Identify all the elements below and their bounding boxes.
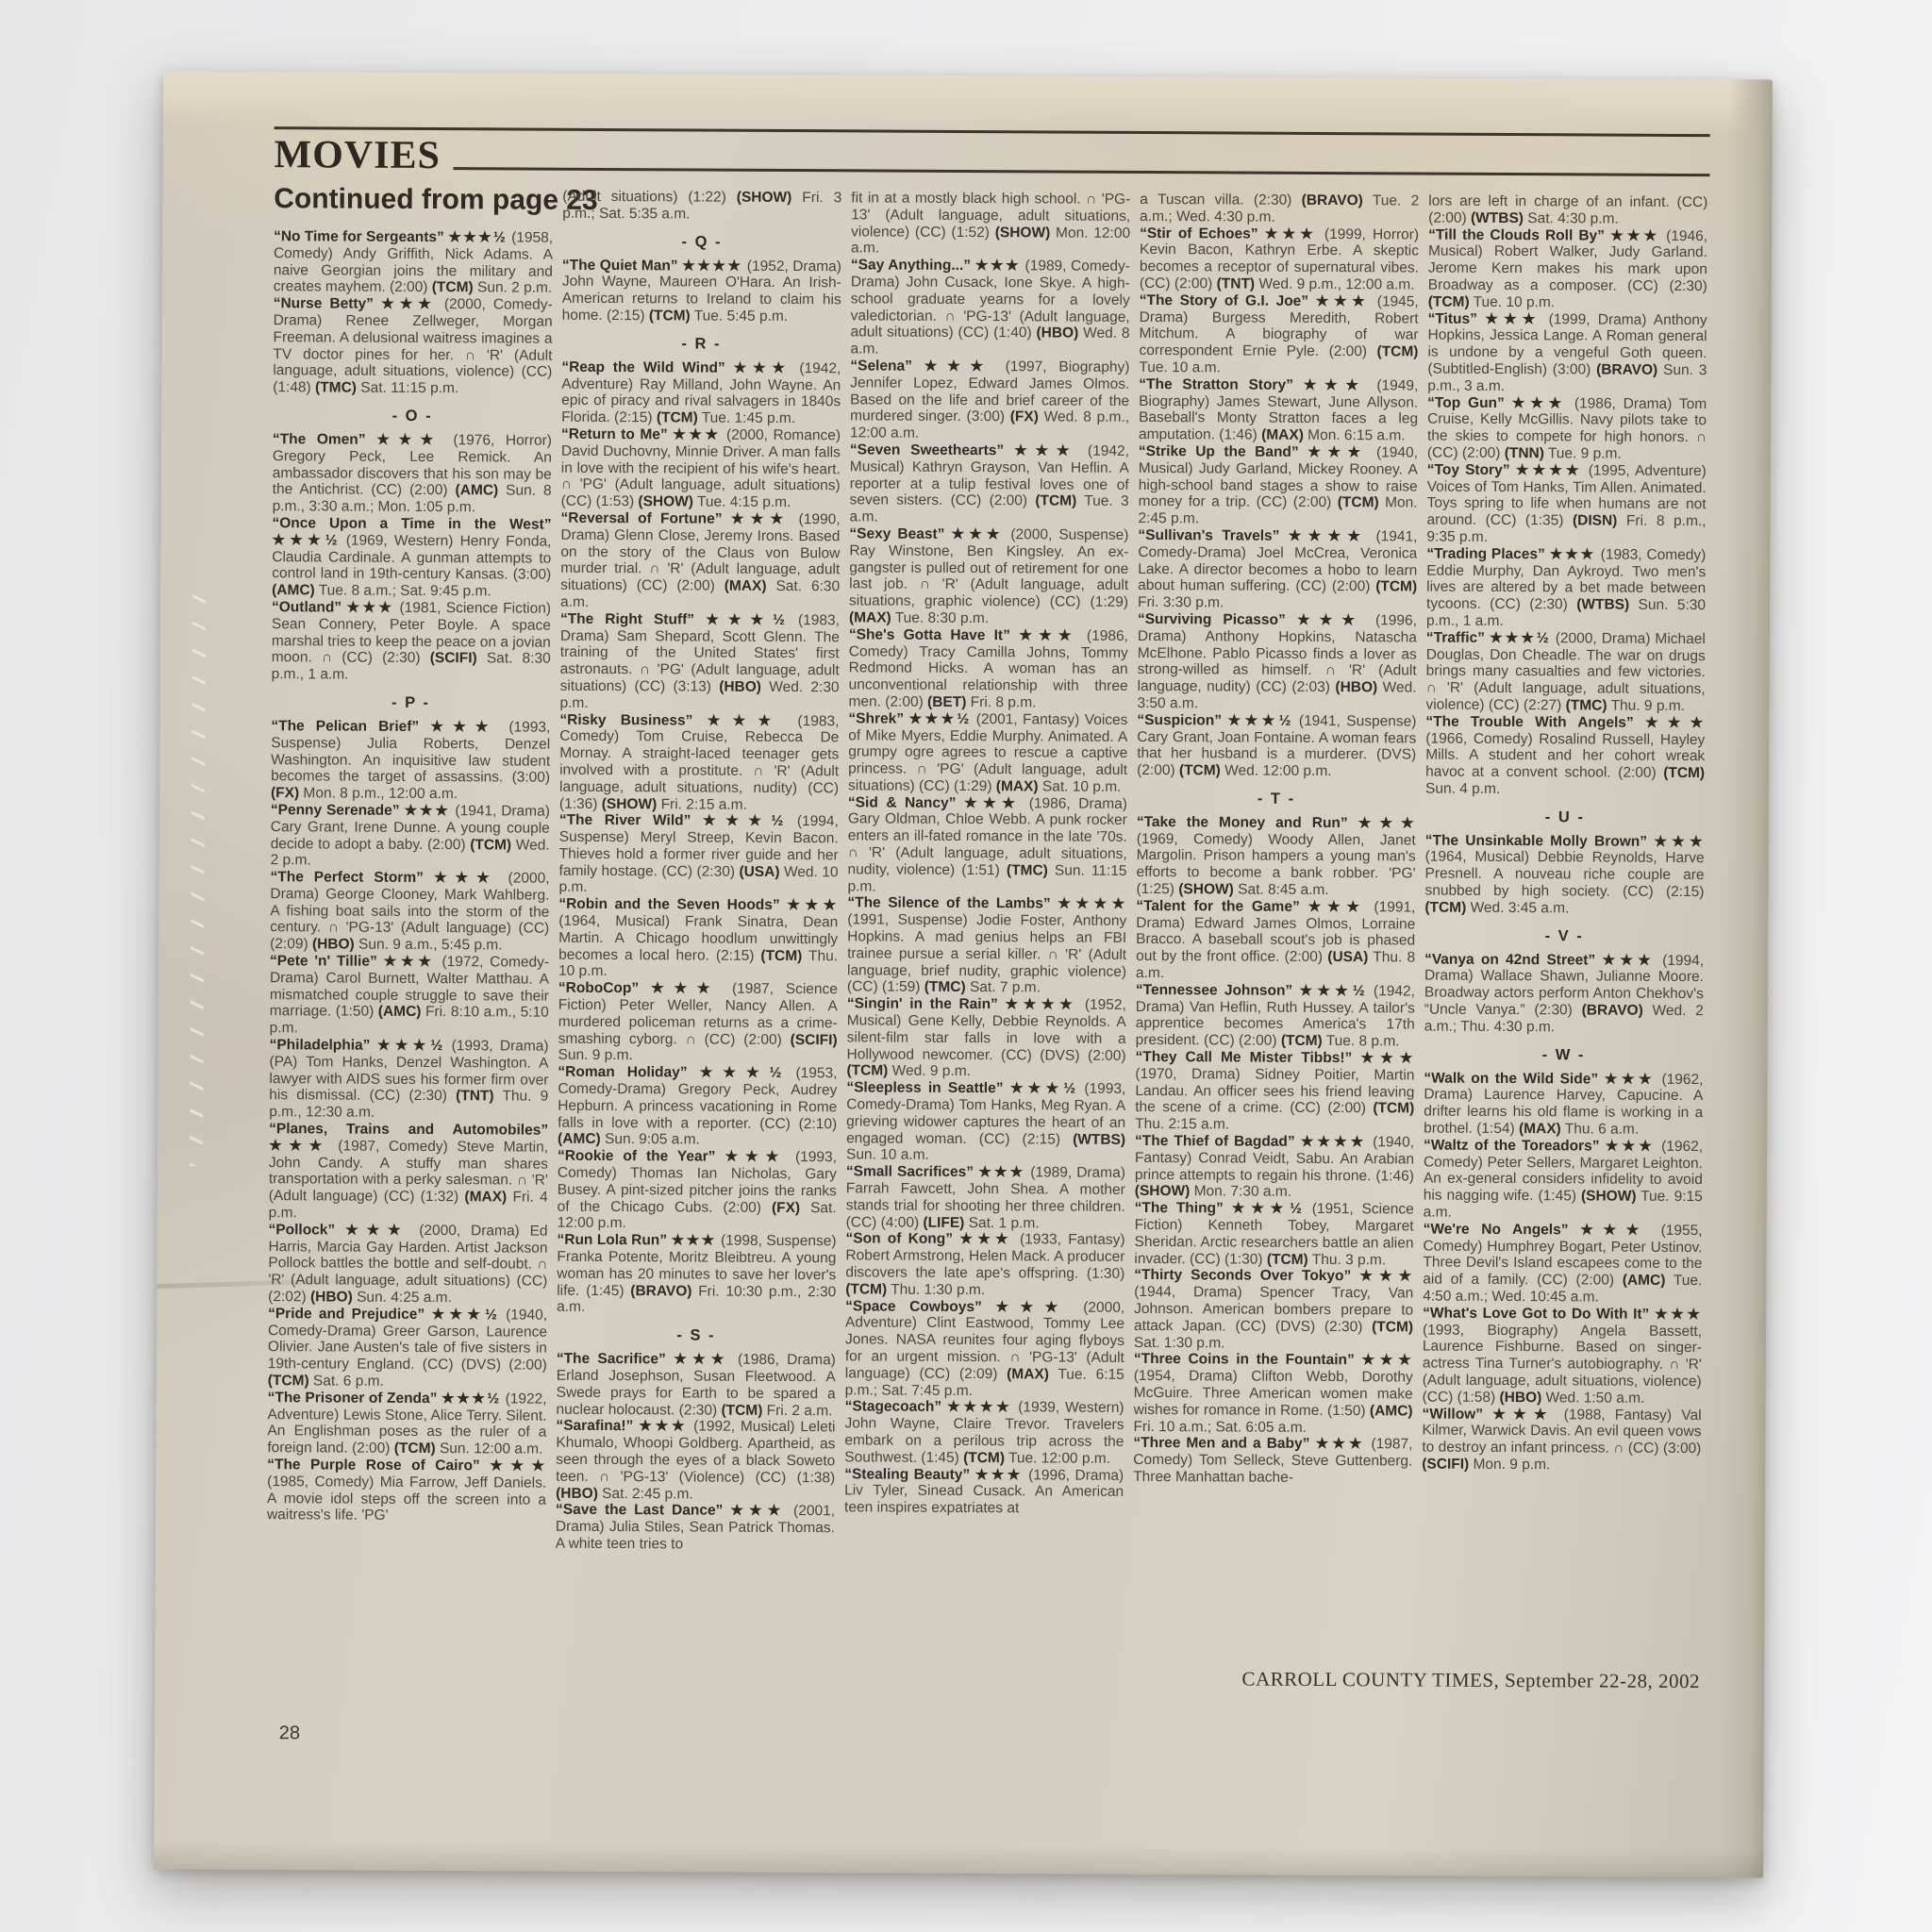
listing: “She's Gotta Have It” ★★★ (1986, Comedy)… — [848, 626, 1127, 712]
star-rating: ★★★½ — [703, 813, 785, 829]
star-rating: ★★★ — [1580, 1222, 1649, 1238]
listing: “They Call Me Mister Tibbs!” ★★★ (1970, … — [1135, 1049, 1414, 1135]
listing: “Sarafina!” ★★★ (1992, Musical) Leleti K… — [556, 1418, 835, 1504]
movie-title: “Surviving Picasso” — [1138, 611, 1286, 628]
movie-title: “The Story of G.I. Joe” — [1140, 292, 1308, 309]
movie-title: “What's Love Got to Do With It” — [1423, 1305, 1649, 1322]
movie-title: “Selena” — [850, 358, 912, 374]
star-rating: ★★★ — [345, 1222, 408, 1238]
listing: “Tennessee Johnson” ★★★½ (1942, Drama) V… — [1136, 982, 1415, 1051]
listing: “Trading Places” ★★★ (1983, Comedy) Eddi… — [1426, 545, 1706, 631]
movie-title: “Seven Sweethearts” — [850, 441, 1004, 458]
star-rating: ★★★ — [1602, 952, 1656, 968]
star-rating: ★★★ — [1359, 1269, 1413, 1285]
movie-title: “Suspicion” — [1137, 712, 1222, 728]
star-rating: ★★★½ — [706, 611, 787, 627]
listing-text: (Adult situations) (1:22) (SHOW) Fri. 3 … — [562, 189, 841, 223]
star-rating: ★★★ — [671, 1233, 716, 1249]
newspaper-page: MOVIES Continued from page 23 “No Time f… — [154, 72, 1773, 1878]
movie-title: “Sid & Nancy” — [848, 794, 956, 811]
movie-title: “Waltz of the Toreadors” — [1424, 1137, 1600, 1154]
listing: “The Thing” ★★★½ (1951, Science Fiction)… — [1134, 1200, 1413, 1269]
listing-text: (1983, Drama) Sam Shepard, Scott Glenn. … — [559, 612, 840, 711]
section-divider: - S - — [557, 1326, 836, 1346]
movie-title: “The Prisoner of Zenda” — [268, 1390, 438, 1407]
listing: “Save the Last Dance” ★★★ (2001, Drama) … — [556, 1502, 835, 1554]
star-rating: ★★★ — [381, 296, 437, 312]
movie-title: “The Purple Rose of Cairo” — [267, 1457, 480, 1474]
movie-title: “Three Men and a Baby” — [1133, 1435, 1309, 1452]
star-rating: ★★★ — [1307, 444, 1367, 460]
listing: “Sullivan's Travels” ★★★★ (1941, Comedy-… — [1138, 527, 1417, 613]
star-rating: ★★★ — [1550, 546, 1596, 562]
listing: “The Unsinkable Molly Brown” ★★★ (1964, … — [1424, 832, 1704, 918]
listing: “Philadelphia” ★★★½ (1993, Drama) (PA) T… — [269, 1037, 548, 1123]
listing: “Pollock” ★★★ (2000, Drama) Ed Harris, M… — [268, 1222, 547, 1307]
listing: “Toy Story” ★★★★ (1995, Adventure) Voice… — [1426, 461, 1706, 547]
listing-text: (1991, Suspense) Jodie Foster, Anthony H… — [847, 912, 1126, 996]
movie-title: “Philadelphia” — [270, 1037, 371, 1054]
star-rating: ★★★ — [1485, 310, 1541, 326]
star-rating: ★★★ — [490, 1457, 546, 1474]
listing: “Titus” ★★★ (1999, Drama) Anthony Hopkin… — [1427, 310, 1707, 396]
listing: “The Perfect Storm” ★★★ (2000, Drama) Ge… — [270, 869, 549, 955]
listing-continuation: fit in at a mostly black high school. ∩ … — [851, 190, 1130, 258]
star-rating: ★★★½ — [448, 229, 508, 245]
movie-title: “The Pelican Brief” — [271, 718, 419, 735]
star-rating: ★★★ — [724, 1149, 786, 1165]
binding-stitches — [190, 581, 206, 1166]
star-rating: ★★★★ — [1058, 896, 1126, 912]
photo-background: { "page": { "section_label": "MOVIES", "… — [0, 0, 1932, 1932]
star-rating: ★★★ — [1610, 227, 1660, 243]
movie-title: “Return to Me” — [561, 426, 668, 443]
listing: “Waltz of the Toreadors” ★★★ (1962, Come… — [1424, 1137, 1703, 1223]
star-rating: ★★★ — [951, 526, 1004, 542]
movie-title: “Tennessee Johnson” — [1136, 982, 1292, 999]
star-rating: ★★★ — [639, 1419, 688, 1435]
listing: “RoboCop” ★★★ (1987, Science Fiction) Pe… — [558, 980, 837, 1066]
movie-title: “Sleepless in Seattle” — [846, 1080, 1003, 1097]
movie-title: “Till the Clouds Roll By” — [1428, 226, 1605, 243]
listing: “Selena” ★★★ (1997, Biography) Jennifer … — [850, 358, 1129, 443]
listing: “Robin and the Seven Hoods” ★★★ (1964, M… — [558, 896, 838, 982]
listing: “Traffic” ★★★½ (2000, Drama) Michael Dou… — [1425, 629, 1705, 715]
star-rating: ★★★★ — [1301, 1134, 1368, 1150]
star-rating: ★★★ — [787, 897, 838, 913]
listing: “Pride and Prejudice” ★★★½ (1940, Comedy… — [268, 1306, 547, 1391]
star-rating: ★★★ — [1492, 1407, 1554, 1423]
star-rating: ★★★½ — [431, 1307, 499, 1323]
section-divider: - P - — [271, 693, 550, 713]
movie-title: “Thirty Seconds Over Tokyo” — [1134, 1267, 1351, 1284]
movie-title: “Pete 'n' Tillie” — [270, 953, 377, 970]
movie-title: “Sullivan's Travels” — [1138, 527, 1279, 544]
movie-title: “Traffic” — [1426, 629, 1485, 645]
column-1: “No Time for Sergeants” ★★★½ (1958, Come… — [266, 187, 553, 1717]
column-4: a Tuscan villa. (2:30) (BRAVO) Tue. 2 a.… — [1132, 192, 1419, 1722]
star-rating: ★★★ — [1307, 899, 1365, 915]
listing: “Walk on the Wild Side” ★★★ (1962, Drama… — [1424, 1070, 1703, 1139]
listing: “Stir of Echoes” ★★★ (1999, Horror) Kevi… — [1140, 225, 1419, 294]
movie-title: “Rookie of the Year” — [558, 1148, 716, 1165]
star-rating: ★★★ — [1605, 1071, 1656, 1087]
listing: “The Sacrifice” ★★★ (1986, Drama) Erland… — [557, 1351, 836, 1420]
movie-title: “Shrek” — [848, 710, 904, 726]
listing: “Top Gun” ★★★ (1986, Drama) Tom Cruise, … — [1427, 394, 1707, 463]
star-rating: ★★★ — [1360, 1050, 1414, 1066]
star-rating: ★★★★ — [1289, 528, 1368, 544]
star-rating: ★★★ — [376, 432, 442, 448]
movie-title: “The Silence of the Lambs” — [847, 895, 1050, 912]
movie-title: “Trading Places” — [1426, 545, 1545, 562]
listing: “Once Upon a Time in the West” ★★★½ (196… — [272, 515, 551, 601]
star-rating: ★★★½ — [1232, 1201, 1304, 1217]
movie-title: “Toy Story” — [1427, 461, 1510, 477]
movie-title: “The Omen” — [273, 431, 366, 448]
listing: “Roman Holiday” ★★★½ (1953, Comedy-Drama… — [558, 1064, 837, 1150]
section-divider: - T - — [1137, 790, 1416, 809]
listing: “Penny Serenade” ★★★ (1941, Drama) Cary … — [271, 802, 550, 871]
star-rating: ★★★½ — [441, 1391, 501, 1407]
star-rating: ★★★½ — [908, 710, 971, 726]
star-rating: ★★★ — [964, 795, 1021, 811]
movie-title: “Walk on the Wild Side” — [1424, 1070, 1598, 1087]
star-rating: ★★★ — [673, 426, 721, 442]
star-rating: ★★★ — [1304, 377, 1367, 393]
listing: “The Pelican Brief” ★★★ (1993, Suspense)… — [271, 718, 550, 804]
star-rating: ★★★ — [924, 358, 993, 375]
listing-text: lors are left in charge of an infant. (C… — [1428, 193, 1707, 227]
star-rating: ★★★ — [269, 1138, 329, 1154]
listing: “Talent for the Game” ★★★ (1991, Drama) … — [1136, 898, 1415, 984]
movie-title: “Top Gun” — [1427, 394, 1505, 410]
star-rating: ★★★★ — [947, 1399, 1013, 1415]
star-rating: ★★★ — [384, 954, 436, 970]
movie-title: “Once Upon a Time in the West” — [272, 515, 551, 533]
movie-title: “Pride and Prejudice” — [268, 1306, 425, 1323]
listing: “Return to Me” ★★★ (2000, Romance) David… — [561, 426, 841, 512]
listing: “The Thief of Bagdad” ★★★★ (1940, Fantas… — [1135, 1133, 1414, 1202]
movie-title: “Nurse Betty” — [274, 295, 374, 312]
listing: “Risky Business” ★★★ (1983, Comedy) Tom … — [559, 711, 840, 813]
movie-title: “They Call Me Mister Tibbs!” — [1135, 1049, 1352, 1066]
star-rating: ★★★ — [1316, 293, 1371, 309]
movie-title: “Reversal of Fortune” — [560, 510, 722, 527]
movie-title: “The Stratton Story” — [1139, 376, 1293, 393]
listing-text: (1969, Comedy) Woody Allen, Janet Margol… — [1136, 831, 1415, 898]
movie-title: “The Perfect Storm” — [270, 869, 423, 886]
star-rating: ★★★½ — [377, 1038, 445, 1054]
movie-title: “Roman Holiday” — [558, 1064, 687, 1081]
star-rating: ★★★ — [978, 1164, 1025, 1180]
listing: “Outland” ★★★ (1981, Science Fiction) Se… — [272, 599, 551, 685]
movie-title: “Say Anything...” — [851, 258, 971, 275]
listing: “Willow” ★★★ (1988, Fantasy) Val Kilmer,… — [1422, 1406, 1701, 1474]
movie-title: “Space Cowboys” — [845, 1298, 982, 1315]
star-rating: ★★★ — [1655, 1307, 1702, 1323]
listing: “The River Wild” ★★★½ (1994, Suspense) M… — [558, 812, 838, 898]
movie-title: “Small Sacrifices” — [846, 1164, 974, 1181]
listing: “Sexy Beast” ★★★ (2000, Suspense) Ray Wi… — [849, 525, 1129, 627]
listing: “Seven Sweethearts” ★★★ (1942, Musical) … — [849, 441, 1128, 527]
star-rating: ★★★½ — [272, 532, 339, 548]
movie-title: “Willow” — [1423, 1406, 1484, 1422]
listing: “The Quiet Man” ★★★★ (1952, Drama) John … — [562, 257, 841, 325]
listing: “Son of Kong” ★★★ (1933, Fantasy) Robert… — [845, 1231, 1124, 1300]
movie-title: “Planes, Trains and Automobiles” — [269, 1121, 548, 1139]
movie-title: “The Thief of Bagdad” — [1135, 1133, 1295, 1150]
star-rating: ★★★ — [1315, 1436, 1365, 1452]
star-rating: ★★★ — [731, 511, 791, 527]
movie-title: “The Right Stuff” — [560, 610, 694, 627]
star-rating: ★★★ — [959, 1231, 1013, 1247]
listing: “Say Anything...” ★★★ (1989, Comedy-Dram… — [850, 258, 1130, 359]
star-rating: ★★★½ — [1490, 630, 1551, 646]
listing-continuation: lors are left in charge of an infant. (C… — [1428, 193, 1707, 228]
newspaper-name-date: CARROLL COUNTY TIMES, September 22-28, 2… — [1241, 1668, 1700, 1694]
star-rating: ★★★ — [733, 359, 791, 375]
movie-title: “Vanya on 42nd Street” — [1424, 951, 1595, 968]
movie-title: “Sarafina!” — [556, 1418, 633, 1434]
movie-title: “Risky Business” — [559, 711, 692, 728]
movie-title: “Son of Kong” — [845, 1231, 953, 1248]
star-rating: ★★★ — [730, 1503, 786, 1519]
listing: “The Prisoner of Zenda” ★★★½ (1922, Adve… — [267, 1390, 546, 1458]
listing: “Reap the Wild Wind” ★★★ (1942, Adventur… — [561, 359, 841, 428]
listing-text: (1954, Drama) Clifton Webb, Dorothy McGu… — [1133, 1368, 1412, 1435]
listing: “Small Sacrifices” ★★★ (1989, Drama) Far… — [846, 1164, 1125, 1233]
star-rating: ★★★ — [1297, 612, 1364, 628]
movie-title: “Save the Last Dance” — [556, 1502, 723, 1519]
movie-title: “Pollock” — [269, 1222, 336, 1238]
listing-text: (1985, Comedy) Mia Farrow, Jeff Daniels.… — [267, 1474, 546, 1524]
listing: “Strike Up the Band” ★★★ (1940, Musical)… — [1138, 443, 1417, 529]
column-5: lors are left in charge of an infant. (C… — [1421, 193, 1707, 1724]
star-rating: ★★★ — [1512, 395, 1567, 411]
listing-continuation: a Tuscan villa. (2:30) (BRAVO) Tue. 2 a.… — [1140, 192, 1419, 226]
movie-title: “Talent for the Game” — [1136, 898, 1299, 915]
listing: “Space Cowboys” ★★★ (2000, Adventure) Cl… — [845, 1298, 1125, 1400]
page-content: MOVIES Continued from page 23 “No Time f… — [265, 126, 1709, 1841]
listing-text: (1964, Musical) Frank Sinatra, Dean Mart… — [558, 913, 838, 980]
listing: “The Omen” ★★★ (1976, Horror) Gregory Pe… — [273, 431, 552, 517]
star-rating: ★★★½ — [1299, 983, 1366, 999]
listing: “Singin' in the Rain” ★★★★ (1952, Musica… — [846, 996, 1125, 1082]
listing-text: (1983, Comedy) Tom Cruise, Rebecca De Mo… — [559, 713, 840, 813]
star-rating: ★★★ — [1654, 834, 1705, 850]
movie-title: “Sexy Beast” — [849, 525, 944, 542]
listing: “The Silence of the Lambs” ★★★★ (1991, S… — [847, 895, 1127, 997]
listing: “Suspicion” ★★★½ (1941, Suspense) Cary G… — [1137, 712, 1416, 781]
movie-title: “Titus” — [1428, 310, 1477, 326]
listing: “The Story of G.I. Joe” ★★★ (1945, Drama… — [1139, 292, 1418, 378]
page-bottom-shadow — [154, 1841, 1763, 1878]
listing: “Sleepless in Seattle” ★★★½ (1993, Comed… — [846, 1080, 1125, 1166]
section-divider: - Q - — [562, 232, 841, 252]
movie-title: “Stealing Beauty” — [844, 1466, 970, 1483]
star-rating: ★★★ — [434, 870, 498, 886]
star-rating: ★★★★ — [1516, 462, 1583, 478]
listing: “No Time for Sergeants” ★★★½ (1958, Come… — [274, 228, 553, 297]
listing: “Rookie of the Year” ★★★ (1993, Comedy) … — [558, 1148, 837, 1234]
listing: “The Purple Rose of Cairo” ★★★ (1985, Co… — [267, 1457, 546, 1525]
movie-title: “The Unsinkable Molly Brown” — [1425, 832, 1647, 849]
listing: “The Stratton Story” ★★★ (1949, Biograph… — [1139, 376, 1418, 445]
star-rating: ★★★½ — [700, 1065, 784, 1081]
star-rating: ★★★ — [1645, 714, 1706, 730]
star-rating: ★★★ — [1606, 1138, 1656, 1154]
movie-title: “Penny Serenade” — [271, 802, 400, 819]
column-2: (Adult situations) (1:22) (SHOW) Fri. 3 … — [555, 189, 841, 1719]
listing-text: (1966, Comedy) Rosalind Russell, Hayley … — [1425, 730, 1705, 797]
movie-title: “Strike Up the Band” — [1139, 443, 1299, 460]
star-rating: ★★★ — [651, 981, 720, 997]
star-rating: ★★★ — [1019, 627, 1078, 643]
listing: “Stealing Beauty” ★★★ (1996, Drama) Liv … — [844, 1466, 1124, 1518]
page-behind-edge — [163, 72, 1773, 135]
movie-title: “Run Lola Run” — [557, 1232, 667, 1249]
listing: “Sid & Nancy” ★★★ (1986, Drama) Gary Old… — [847, 794, 1127, 896]
listing: “Surviving Picasso” ★★★ (1996, Drama) An… — [1137, 611, 1417, 713]
movie-title: “No Time for Sergeants” — [274, 228, 444, 245]
star-rating: ★★★½ — [1010, 1080, 1078, 1096]
listing: “We're No Angels” ★★★ (1955, Comedy) Hum… — [1423, 1221, 1702, 1307]
star-rating: ★★★ — [995, 1299, 1069, 1315]
star-rating: ★★★ — [1361, 1353, 1413, 1369]
listing: “Nurse Betty” ★★★ (2000, Comedy-Drama) R… — [273, 295, 553, 397]
movie-title: “The Quiet Man” — [562, 257, 678, 274]
listing: “The Right Stuff” ★★★½ (1983, Drama) Sam… — [559, 610, 840, 712]
star-rating: ★★★ — [708, 712, 784, 728]
star-rating: ★★★ — [1014, 442, 1077, 458]
star-rating: ★★★★ — [682, 258, 742, 274]
movie-title: “The Thing” — [1135, 1200, 1224, 1216]
listing: “Pete 'n' Tillie” ★★★ (1972, Comedy-Dram… — [270, 953, 549, 1039]
section-divider: - W - — [1424, 1045, 1704, 1065]
listing: “Thirty Seconds Over Tokyo” ★★★ (1944, D… — [1134, 1267, 1413, 1353]
listing: “Till the Clouds Roll By” ★★★ (1946, Mus… — [1428, 226, 1707, 312]
star-rating: ★★★ — [674, 1352, 730, 1368]
listing: “Planes, Trains and Automobiles” ★★★ (19… — [269, 1121, 549, 1223]
listing-text: (1970, Drama) Sidney Poitier, Martin Lan… — [1135, 1066, 1414, 1133]
movie-title: “Stir of Echoes” — [1140, 225, 1257, 242]
listing: “Stagecoach” ★★★★ (1939, Western) John W… — [844, 1399, 1124, 1468]
listing: “Shrek” ★★★½ (2001, Fantasy) Voices of M… — [848, 710, 1127, 796]
star-rating: ★★★½ — [1227, 712, 1292, 728]
movie-title: “The Trouble With Angels” — [1425, 713, 1633, 730]
listing: “What's Love Got to Do With It” ★★★ (199… — [1423, 1305, 1703, 1407]
listing-text: (1964, Musical) Debbie Reynolds, Harve P… — [1424, 849, 1704, 916]
star-rating: ★★★ — [1265, 225, 1318, 241]
listing: “Three Coins in the Fountain” ★★★ (1954,… — [1133, 1351, 1412, 1437]
listing: “Vanya on 42nd Street” ★★★ (1994, Drama)… — [1424, 951, 1704, 1037]
listing: “The Trouble With Angels” ★★★ (1966, Com… — [1425, 713, 1705, 799]
star-rating: ★★★ — [430, 719, 497, 735]
listing: “Three Men and a Baby” ★★★ (1987, Comedy… — [1133, 1435, 1412, 1487]
star-rating: ★★★ — [346, 600, 394, 616]
movie-title: “We're No Angels” — [1424, 1221, 1569, 1238]
listing: “Take the Money and Run” ★★★ (1969, Come… — [1136, 814, 1415, 900]
listing: “Run Lola Run” ★★★ (1998, Suspense) Fran… — [557, 1232, 836, 1318]
section-title: MOVIES — [274, 134, 441, 176]
listing-text: (1993, Biography) Angela Bassett, Lauren… — [1423, 1322, 1702, 1406]
movie-title: “Robin and the Seven Hoods” — [558, 896, 779, 913]
section-divider: - V - — [1424, 926, 1704, 946]
listing-text: fit in at a mostly black high school. ∩ … — [851, 190, 1130, 257]
movie-title: “Singin' in the Rain” — [847, 996, 998, 1013]
section-masthead: MOVIES — [274, 134, 1709, 183]
section-divider: - O - — [273, 407, 552, 426]
movie-title: “She's Gotta Have It” — [849, 626, 1010, 643]
movie-title: “Stagecoach” — [845, 1399, 942, 1416]
star-rating: ★★★★ — [1005, 996, 1077, 1012]
star-rating: ★★★ — [975, 258, 1021, 274]
movie-title: “The River Wild” — [559, 812, 691, 829]
page-number: 28 — [279, 1723, 300, 1744]
star-rating: ★★★ — [404, 803, 450, 819]
section-divider: - U - — [1425, 808, 1705, 827]
movie-title: “The Sacrifice” — [557, 1351, 666, 1368]
listing-text: (1944, Drama) Spencer Tracy, Van Johnson… — [1134, 1284, 1413, 1351]
page-fold-edge — [1720, 79, 1773, 1877]
movie-title: “Three Coins in the Fountain” — [1134, 1351, 1355, 1368]
star-rating: ★★★ — [975, 1467, 1024, 1483]
listing-continuation: (Adult situations) (1:22) (SHOW) Fri. 3 … — [562, 189, 841, 224]
movie-title: “RoboCop” — [558, 980, 639, 996]
section-divider: - R - — [561, 335, 841, 355]
listing-text: a Tuscan villa. (2:30) (BRAVO) Tue. 2 a.… — [1140, 192, 1419, 225]
movie-title: “Reap the Wild Wind” — [561, 359, 724, 376]
column-3: fit in at a mostly black high school. ∩ … — [843, 190, 1130, 1720]
star-rating: ★★★ — [1358, 815, 1416, 831]
movie-title: “Outland” — [272, 599, 341, 615]
listing-text: (2000, Adventure) Clint Eastwood, Tommy … — [845, 1299, 1125, 1398]
movie-title: “Take the Money and Run” — [1137, 814, 1348, 831]
listing: “Reversal of Fortune” ★★★ (1990, Drama) … — [560, 510, 841, 612]
listings-columns: “No Time for Sergeants” ★★★½ (1958, Come… — [266, 187, 1709, 1723]
header-rule-extension — [454, 167, 1710, 176]
